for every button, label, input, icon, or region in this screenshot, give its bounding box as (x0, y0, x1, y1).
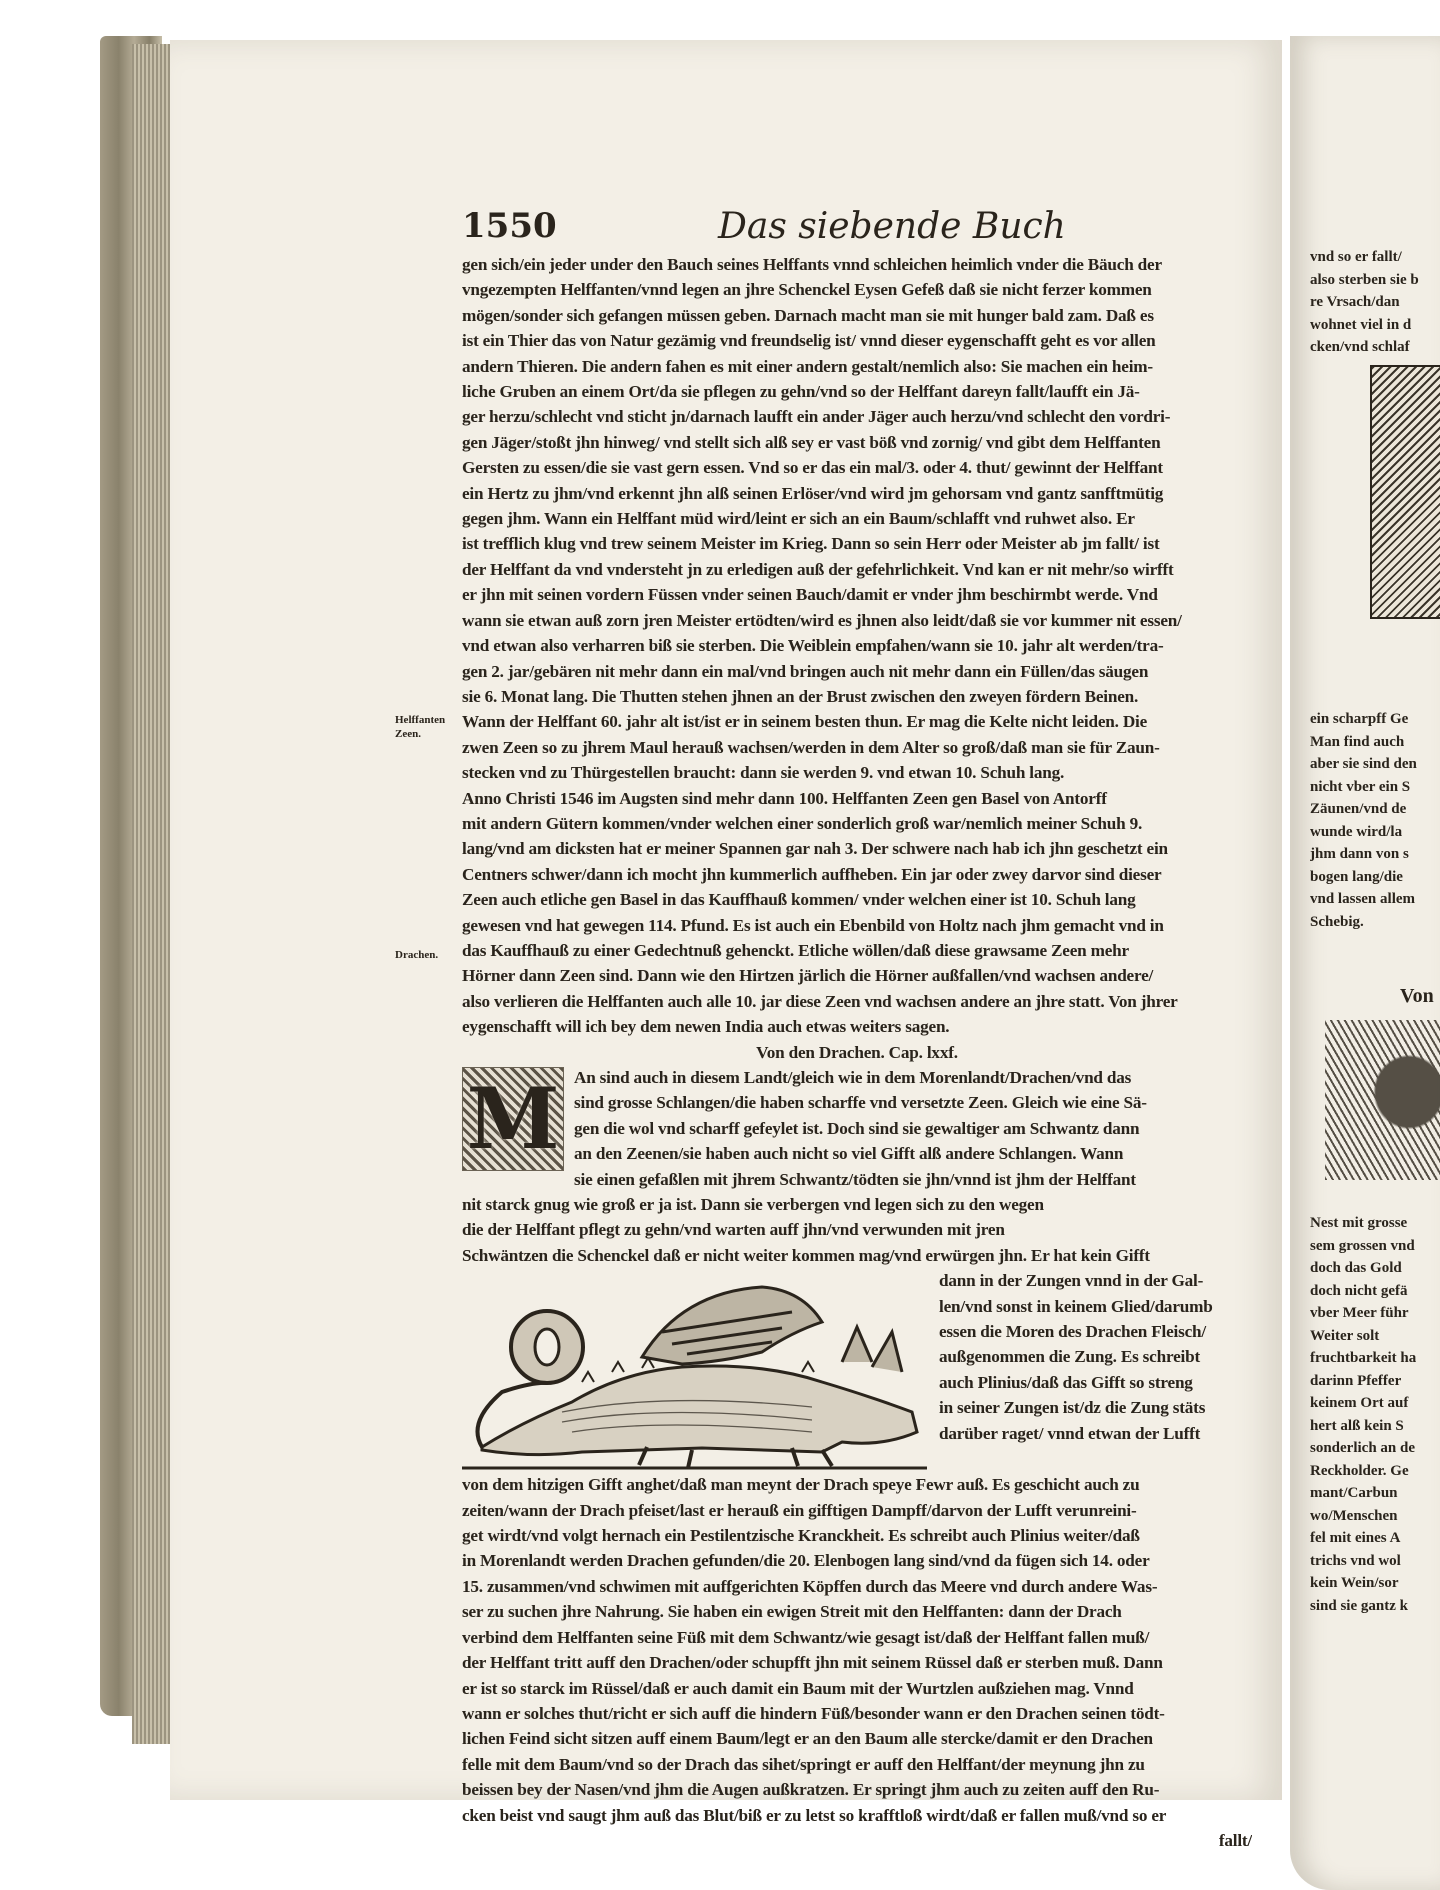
text-line: an den Zeenen/sie haben auch nicht so vi… (574, 1141, 1252, 1166)
right-page-text-line: vnd lassen allem (1310, 888, 1417, 911)
text-line: andern Thieren. Die andern fahen es mit … (462, 354, 1252, 379)
text-line: zeiten/wann der Drach pfeiset/last er he… (462, 1498, 1252, 1523)
text-line: in Morenlandt werden Drachen gefunden/di… (462, 1548, 1252, 1573)
text-line: verbind dem Helffanten seine Füß mit dem… (462, 1625, 1252, 1650)
right-page-text-line: sind sie gantz k (1310, 1595, 1416, 1618)
text-line: also verlieren die Helffanten auch alle … (462, 989, 1252, 1014)
right-page-text-line: also sterben sie b (1310, 269, 1419, 292)
right-page-text-line: fruchtbarkeit ha (1310, 1347, 1416, 1370)
decorated-initial: M (462, 1067, 564, 1171)
text-line: ser zu suchen jhre Nahrung. Sie haben ei… (462, 1599, 1252, 1624)
text-line: mit andern Gütern kommen/vnder welchen e… (462, 811, 1252, 836)
right-page-text-line: jhm dann von s (1310, 843, 1417, 866)
text-line: gen sich/ein jeder under den Bauch seine… (462, 252, 1252, 277)
right-page-text-line: ein scharpff Ge (1310, 708, 1417, 731)
right-page-text-line: sonderlich an de (1310, 1437, 1416, 1460)
right-page-text-line: doch das Gold (1310, 1257, 1416, 1280)
text-line: sie einen gefaßlen mit jhrem Schwantz/tö… (574, 1167, 1252, 1192)
margin-note-helffanten-zeen: Helffanten Zeen. (395, 713, 445, 741)
right-page-text-line: Schebig. (1310, 911, 1417, 934)
running-head: Das siebende Buch (718, 206, 1066, 247)
margin-note-line: Helffanten (395, 713, 445, 727)
right-page-text-line: fel mit eines A (1310, 1527, 1416, 1550)
text-line: der Helffant tritt auff den Drachen/oder… (462, 1650, 1252, 1675)
right-page-woodcut-bird (1370, 365, 1440, 619)
paragraph-dragons-intro: An sind auch in diesem Landt/gleich wie … (462, 1065, 1252, 1268)
text-line: ein Hertz zu jhm/vnd erkennt jhn alß sei… (462, 481, 1252, 506)
right-page-text-line: vnd so er fallt/ (1310, 246, 1419, 269)
text-line: 15. zusammen/vnd schwimen mit auffgerich… (462, 1574, 1252, 1599)
margin-note-drachen: Drachen. (395, 948, 438, 962)
text-line: lichen Feind sicht sitzen auff einem Bau… (462, 1726, 1252, 1751)
right-page-text-line: keinem Ort auf (1310, 1392, 1416, 1415)
right-page-text-line: Zäunen/vnd de (1310, 798, 1417, 821)
right-page-woodcut-griffin (1325, 1020, 1440, 1180)
text-line: außgenommen die Zung. Es schreibt (939, 1344, 1252, 1369)
text-line: Centners schwer/dann ich mocht jhn kumme… (462, 862, 1252, 887)
text-line: gen die wol vnd scharff gefeylet ist. Do… (574, 1116, 1252, 1141)
text-line: er ist so starck im Rüssel/daß er auch d… (462, 1676, 1252, 1701)
text-line: Schwäntzen die Schenckel daß er nicht we… (462, 1243, 1252, 1268)
right-page-text-line: aber sie sind den (1310, 753, 1417, 776)
right-page-text-line: trichs vnd wol (1310, 1550, 1416, 1573)
text-line: ist trefflich klug vnd trew seinem Meist… (462, 531, 1252, 556)
text-line: wann sie etwan auß zorn jren Meister ert… (462, 608, 1252, 633)
right-page-text-line: re Vrsach/dan (1310, 291, 1419, 314)
text-line: beissen bey der Nasen/vnd jhm die Augen … (462, 1777, 1252, 1802)
text-line: ist ein Thier das von Natur gezämig vnd … (462, 328, 1252, 353)
catchword: fallt/ (462, 1828, 1252, 1853)
right-page-bottom-text: Nest mit grossesem grossen vnddoch das G… (1310, 1212, 1416, 1617)
margin-note-line: Zeen. (395, 727, 445, 741)
page-header: 1550 Das siebende Buch (462, 206, 1242, 252)
text-line: felle mit dem Baum/vnd so der Drach das … (462, 1752, 1252, 1777)
text-line: cken beist vnd saugt jhm auß das Blut/bi… (462, 1803, 1252, 1828)
text-line: Zeen auch etliche gen Basel in das Kauff… (462, 887, 1252, 912)
right-page-text-line: Reckholder. Ge (1310, 1460, 1416, 1483)
right-page-text-line: doch nicht gefä (1310, 1280, 1416, 1303)
text-line: essen die Moren des Drachen Fleisch/ (939, 1319, 1252, 1344)
text-line: get wirdt/vnd volgt hernach ein Pestilen… (462, 1523, 1252, 1548)
text-line: lang/vnd am dicksten hat er meiner Spann… (462, 836, 1252, 861)
text-line: eygenschafft will ich bey dem newen Indi… (462, 1014, 1252, 1039)
initial-letter: M (463, 1068, 563, 1170)
text-line: vnd etwan also verharren biß sie sterben… (462, 633, 1252, 658)
page-edges (132, 44, 172, 1744)
text-line: stecken vnd zu Thürgestellen braucht: da… (462, 760, 1252, 785)
text-line: das Kauffhauß zu einer Gedechtnuß gehenc… (462, 938, 1252, 963)
text-line: Gersten zu essen/die sie vast gern essen… (462, 455, 1252, 480)
text-line: dann in der Zungen vnnd in der Gal- (939, 1268, 1252, 1293)
text-line: liche Gruben an einem Ort/da sie pflegen… (462, 379, 1252, 404)
paragraph-dragons-continued: von dem hitzigen Gifft anghet/daß man me… (462, 1472, 1252, 1828)
text-line: von dem hitzigen Gifft anghet/daß man me… (462, 1472, 1252, 1497)
right-page-text-line: wo/Menschen (1310, 1505, 1416, 1528)
text-line: sie 6. Monat lang. Die Thutten stehen jh… (462, 684, 1252, 709)
main-text-block: gen sich/ein jeder under den Bauch seine… (462, 252, 1252, 1853)
right-page-text-line: Nest mit grosse (1310, 1212, 1416, 1235)
text-line: ger herzu/schlecht vnd sticht jn/darnach… (462, 404, 1252, 429)
text-line: in seiner Zungen ist/dz die Zung stäts (939, 1395, 1252, 1420)
right-page-text-line: sem grossen vnd (1310, 1235, 1416, 1258)
text-line: len/vnd sonst in keinem Glied/darumb (939, 1294, 1252, 1319)
dragon-woodcut-illustration (462, 1272, 927, 1472)
right-page-text-line: kein Wein/sor (1310, 1572, 1416, 1595)
text-line: Wann der Helffant 60. jahr alt ist/ist e… (462, 709, 1252, 734)
right-page-text-line: mant/Carbun (1310, 1482, 1416, 1505)
right-page-text-line: wohnet viel in d (1310, 314, 1419, 337)
text-line: Hörner dann Zeen sind. Dann wie den Hirt… (462, 963, 1252, 988)
paragraph-elephants: gen sich/ein jeder under den Bauch seine… (462, 252, 1252, 786)
text-line: Anno Christi 1546 im Augsten sind mehr d… (462, 786, 1252, 811)
right-page-text-line: vber Meer führ (1310, 1302, 1416, 1325)
text-line: wann er solches thut/richt er sich auff … (462, 1701, 1252, 1726)
text-line: sind grosse Schlangen/die haben scharffe… (574, 1090, 1252, 1115)
chapter-heading: Von den Drachen. Cap. lxxf. (462, 1040, 1252, 1065)
right-page-text-line: cken/vnd schlaf (1310, 336, 1419, 359)
text-line: gen 2. jar/gebären nit mehr dann ein mal… (462, 659, 1252, 684)
text-line: auch Plinius/daß das Gifft so streng (939, 1370, 1252, 1395)
dragon-chapter: M An sind auch in diesem Landt/gleich wi… (462, 1065, 1252, 1853)
right-page-chapter-heading-fragment: Von (1400, 985, 1434, 1008)
text-line: An sind auch in diesem Landt/gleich wie … (574, 1065, 1252, 1090)
right-page-text-line: darinn Pfeffer (1310, 1370, 1416, 1393)
text-line: er jhn mit seinen vordern Füssen vnder s… (462, 582, 1252, 607)
text-line: gen Jäger/stoßt jhn hinweg/ vnd stellt s… (462, 430, 1252, 455)
right-page-text-line: Weiter solt (1310, 1325, 1416, 1348)
text-line: nit starck gnug wie groß er ja ist. Dann… (462, 1192, 1252, 1217)
text-line: vngezempten Helffanten/vnnd legen an jhr… (462, 277, 1252, 302)
right-page-text-line: wunde wird/la (1310, 821, 1417, 844)
right-page-top-text: vnd so er fallt/also sterben sie bre Vrs… (1310, 246, 1419, 359)
right-page-middle-text: ein scharpff GeMan find auchaber sie sin… (1310, 708, 1417, 933)
paragraph-elephant-tusks: Anno Christi 1546 im Augsten sind mehr d… (462, 786, 1252, 1040)
text-line: die der Helffant pflegt zu gehn/vnd wart… (462, 1217, 1252, 1242)
right-page-text-line: bogen lang/die (1310, 866, 1417, 889)
text-line: gewesen vnd hat gewegen 114. Pfund. Es i… (462, 913, 1252, 938)
text-line: der Helffant da vnd vndersteht jn zu erl… (462, 557, 1252, 582)
right-page-text-line: nicht vber ein S (1310, 776, 1417, 799)
right-page-text-line: Man find auch (1310, 731, 1417, 754)
text-line: zwen Zeen so zu jhrem Maul herauß wachse… (462, 735, 1252, 760)
margin-note-line: Drachen. (395, 948, 438, 962)
text-line: gegen jhm. Wann ein Helffant müd wird/le… (462, 506, 1252, 531)
right-page-text-line: hert alß kein S (1310, 1415, 1416, 1438)
page-number: 1550 (462, 206, 557, 246)
text-line: mögen/sonder sich gefangen müssen geben.… (462, 303, 1252, 328)
text-line: darüber raget/ vnnd etwan der Lufft (939, 1421, 1252, 1446)
